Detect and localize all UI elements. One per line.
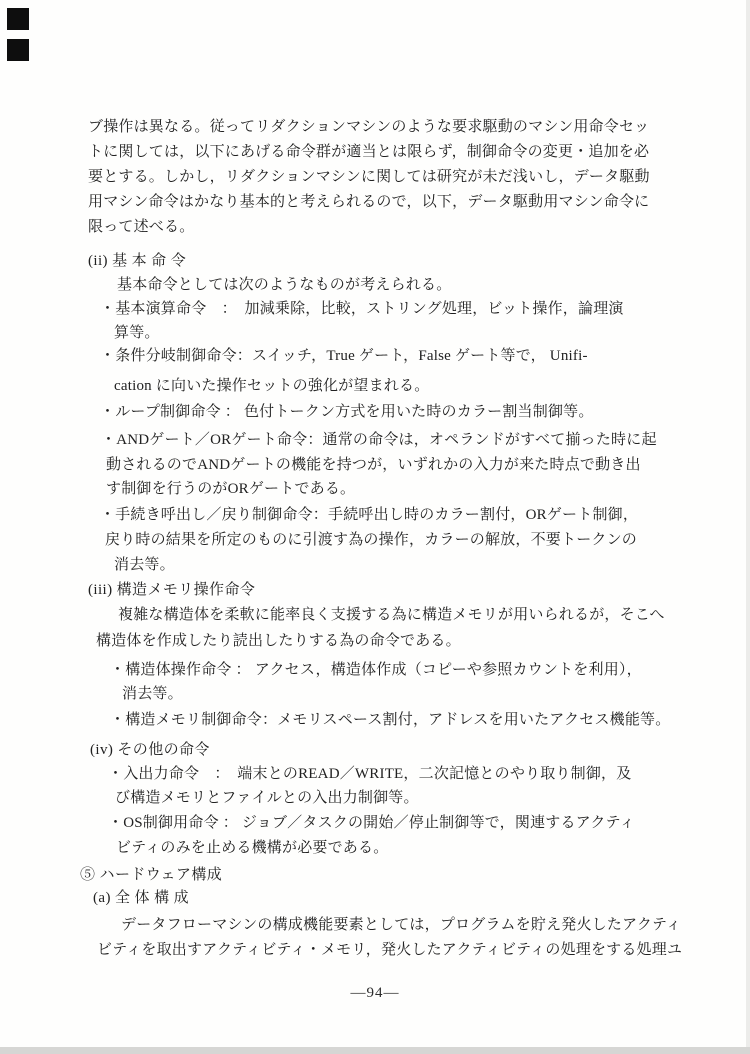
text-line-bullet-cont: 算等。 — [114, 323, 160, 344]
page-number: —94— — [0, 985, 750, 1002]
text-line-paragraph-first: データフローマシンの構成機能要素としては，プログラムを貯え発火したアクティ — [121, 915, 681, 936]
text-line-section-header-major: ⑤ ハードウェア構成 — [80, 865, 222, 886]
text-line-paragraph: ブ操作は異なる。従ってリダクションマシンのような要求駆動のマシン用命令セッ — [88, 117, 649, 138]
text-line-bullet: ・構造体操作命令 ： アクセス，構造体作成（コピーや参照カウントを利用）， — [110, 660, 642, 681]
text-layer: ブ操作は異なる。従ってリダクションマシンのような要求駆動のマシン用命令セットに関… — [0, 0, 750, 1054]
text-line-paragraph: 限って述べる。 — [88, 217, 194, 238]
text-line-bullet: ・手続き呼出し／戻り制御命令：手続呼出し時のカラー割付，ORゲート制御， — [100, 505, 638, 526]
text-line-section-header: (iv) その他の命令 — [90, 740, 210, 761]
text-line-bullet-cont: び構造メモリとファイルとの入出力制御等。 — [115, 788, 419, 809]
text-line-bullet-cont: 消去等。 — [122, 684, 183, 705]
text-line-bullet: ・入出力命令 ： 端末とのREAD／WRITE，二次記憶とのやり取り制御，及 — [108, 764, 631, 785]
text-line-paragraph-first: 基本命令としては次のようなものが考えられる。 — [117, 275, 451, 296]
text-line-bullet: ・基本演算命令 ： 加減乗除，比較，ストリング処理，ビット操作，論理演 — [100, 299, 624, 320]
text-line-bullet: ・構造メモリ制御命令：メモリスペース割付，アドレスを用いたアクセス機能等。 — [110, 710, 670, 731]
text-line-bullet-cont: 動されるのでANDゲートの機能を持つが，いずれかの入力が来た時点で動き出 — [106, 455, 641, 476]
text-line-bullet-cont: 戻り時の結果を所定のものに引渡す為の操作，カラーの解放，不要トークンの — [105, 530, 637, 551]
text-line-paragraph: ビティを取出すアクティビティ・メモリ，発火したアクティビティの処理をする処理ユ — [97, 940, 682, 961]
text-line-subsection-header: (a) 全 体 構 成 — [93, 888, 189, 909]
text-line-paragraph: 用マシン命令はかなり基本的と考えられるので，以下，データ駆動用マシン命令に — [88, 192, 649, 213]
text-line-paragraph-first: 複雑な構造体を柔軟に能率良く支援する為に構造メモリが用いられるが，そこへ — [118, 605, 665, 626]
document-page: ブ操作は異なる。従ってリダクションマシンのような要求駆動のマシン用命令セットに関… — [0, 0, 750, 1054]
text-line-bullet: ・OS制御用命令 ： ジョブ／タスクの開始／停止制御等で，関連するアクティ — [108, 813, 635, 834]
text-line-bullet: ・ANDゲート／ORゲート命令：通常の命令は，オペランドがすべて揃った時に起 — [101, 430, 657, 451]
text-line-section-header: (ii) 基 本 命 令 — [88, 251, 186, 272]
text-line-section-header: (iii) 構造メモリ操作命令 — [88, 580, 255, 601]
text-line-bullet: ・条件分岐制御命令：スイッチ，True ゲート，False ゲート等で， Uni… — [100, 346, 588, 367]
text-line-bullet-cont: ビティのみを止める機構が必要である。 — [116, 838, 388, 859]
text-line-bullet-cont: 消去等。 — [114, 555, 175, 576]
text-line-paragraph: トに関しては，以下にあげる命令群が適当とは限らず，制御命令の変更・追加を必 — [88, 142, 649, 163]
text-line-bullet-cont: cation に向いた操作セットの強化が望まれる。 — [114, 376, 429, 397]
text-line-bullet-cont: す制御を行うのがORゲートである。 — [106, 479, 355, 500]
text-line-bullet: ・ループ制御命令 ： 色付トークン方式を用いた時のカラー割当制御等。 — [100, 402, 594, 423]
text-line-paragraph: 要とする。しかし，リダクションマシンに関しては研究が未だ浅いし，データ駆動 — [88, 167, 650, 188]
text-line-paragraph: 構造体を作成したり読出したりする為の命令である。 — [96, 631, 461, 652]
